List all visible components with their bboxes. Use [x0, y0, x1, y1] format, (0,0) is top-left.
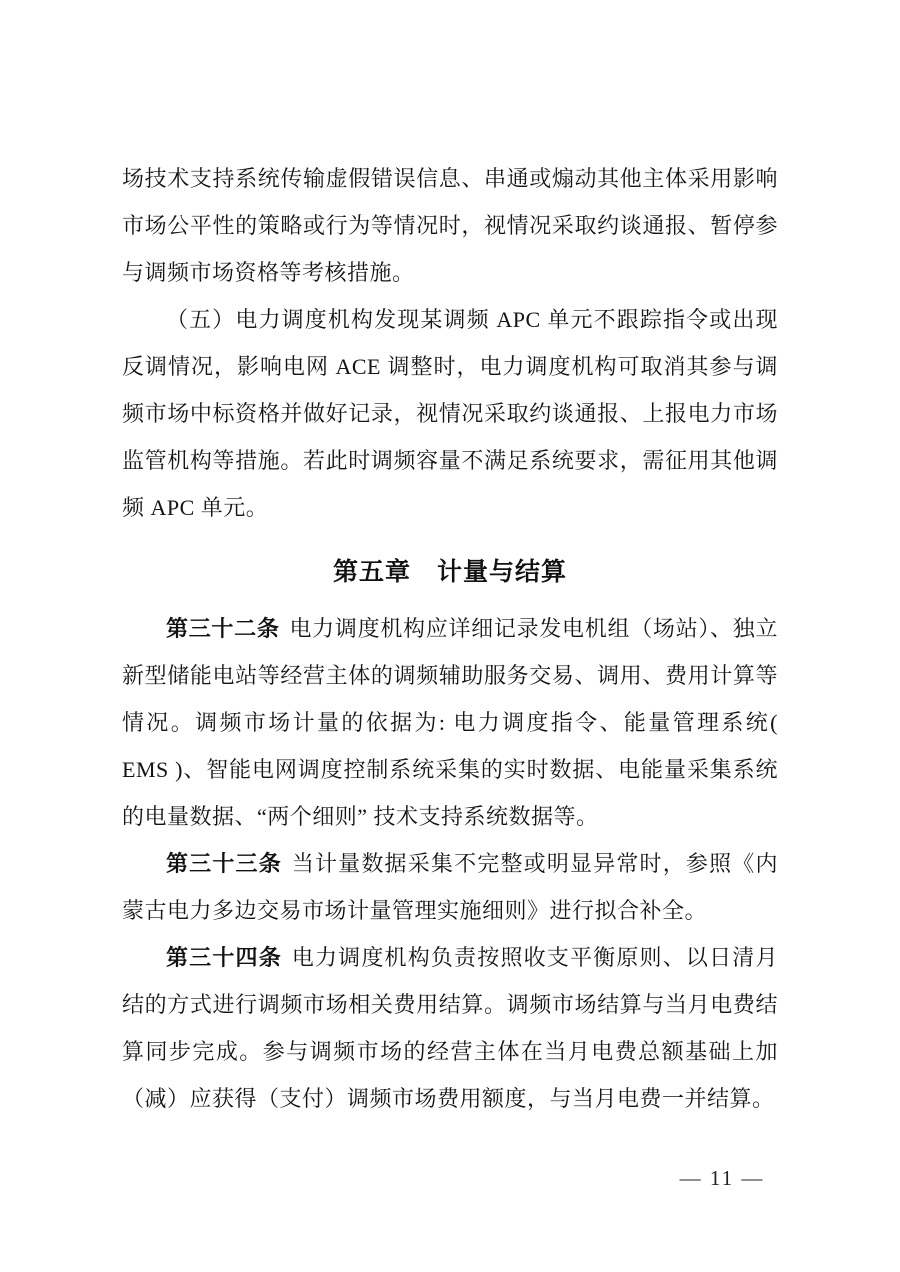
document-page: 场技术支持系统传输虚假错误信息、串通或煽动其他主体采用影响市场公平性的策略或行为…	[0, 0, 900, 1272]
article-33: 第三十三条当计量数据采集不完整或明显异常时，参照《内蒙古电力多边交易市场计量管理…	[122, 840, 778, 934]
article-32: 第三十二条电力调度机构应详细记录发电机组（场站）、独立新型储能电站等经营主体的调…	[122, 605, 778, 840]
article-34: 第三十四条电力调度机构负责按照收支平衡原则、以日清月结的方式进行调频市场相关费用…	[122, 934, 778, 1122]
article-32-number: 第三十二条	[166, 616, 280, 641]
paragraph-continuation: 场技术支持系统传输虚假错误信息、串通或煽动其他主体采用影响市场公平性的策略或行为…	[122, 155, 778, 296]
article-34-number: 第三十四条	[166, 945, 282, 970]
article-33-number: 第三十三条	[166, 851, 282, 876]
chapter-heading: 第五章 计量与结算	[122, 549, 778, 596]
paragraph-item-5: （五）电力调度机构发现某调频 APC 单元不跟踪指令或出现反调情况，影响电网 A…	[122, 296, 778, 531]
article-32-text: 电力调度机构应详细记录发电机组（场站）、独立新型储能电站等经营主体的调频辅助服务…	[122, 616, 778, 829]
document-body: 场技术支持系统传输虚假错误信息、串通或煽动其他主体采用影响市场公平性的策略或行为…	[122, 155, 778, 1122]
page-footer: — 11 —	[672, 1165, 772, 1191]
page-number: — 11 —	[680, 1166, 765, 1190]
